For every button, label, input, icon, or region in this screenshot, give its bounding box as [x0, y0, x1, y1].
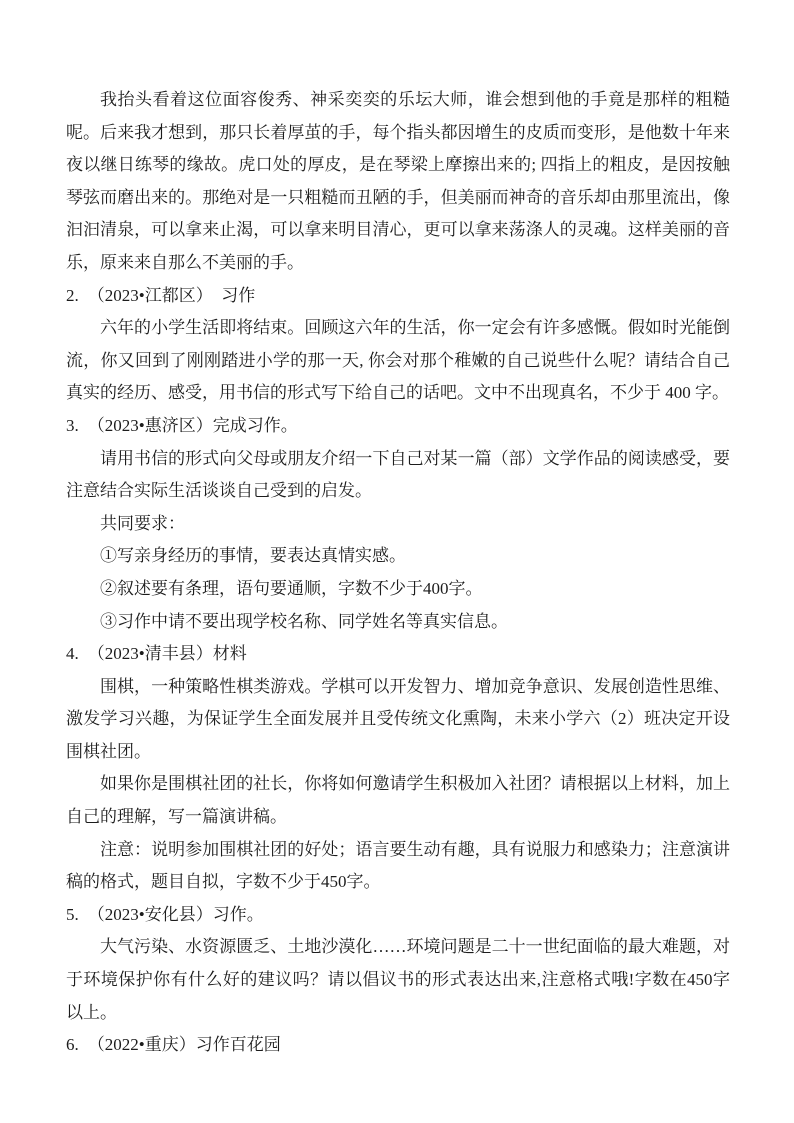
- question-4-note: 注意：说明参加围棋社团的好处；语言要生动有趣，具有说服力和感染力；注意演讲稿的格…: [66, 834, 730, 899]
- question-3-number: 3.: [66, 410, 79, 443]
- question-4-task: 如果你是围棋社团的社长，你将如何邀请学生积极加入社团？请根据以上材料，加上自己的…: [66, 768, 730, 833]
- question-6-heading: 6.（2022•重庆）习作百花园: [66, 1029, 730, 1062]
- question-4-material: 围棋，一种策略性棋类游戏。学棋可以开发智力、增加竞争意识、发展创造性思维、激发学…: [66, 671, 730, 769]
- requirement-1: ①写亲身经历的事情，要表达真情实感。: [66, 540, 730, 573]
- question-2-heading: 2.（2023•江都区） 习作: [66, 280, 730, 313]
- intro-paragraph: 我抬头看着这位面容俊秀、神采奕奕的乐坛大师，谁会想到他的手竟是那样的粗糙呢。后来…: [66, 84, 730, 280]
- question-4-number: 4.: [66, 638, 79, 671]
- question-4-heading: 4.（2023•清丰县）材料: [66, 638, 730, 671]
- question-5-heading: 5.（2023•安化县）习作。: [66, 899, 730, 932]
- question-5-body: 大气污染、水资源匮乏、土地沙漠化……环境问题是二十一世纪面临的最大难题，对于环境…: [66, 931, 730, 1029]
- question-4-title: （2023•清丰县）材料: [88, 644, 247, 663]
- question-6-number: 6.: [66, 1029, 79, 1062]
- question-3-title: （2023•惠济区）完成习作。: [88, 416, 298, 435]
- common-requirements-label: 共同要求：: [66, 508, 730, 541]
- question-3-body: 请用书信的形式向父母或朋友介绍一下自己对某一篇（部）文学作品的阅读感受，要注意结…: [66, 443, 730, 508]
- document-page: 我抬头看着这位面容俊秀、神采奕奕的乐坛大师，谁会想到他的手竟是那样的粗糙呢。后来…: [0, 0, 794, 1123]
- question-5-number: 5.: [66, 899, 79, 932]
- question-2-title: （2023•江都区） 习作: [88, 286, 255, 305]
- question-2-number: 2.: [66, 280, 79, 313]
- requirement-2: ②叙述要有条理，语句要通顺，字数不少于400字。: [66, 573, 730, 606]
- question-5-title: （2023•安化县）习作。: [88, 905, 264, 924]
- requirement-3: ③习作中请不要出现学校名称、同学姓名等真实信息。: [66, 606, 730, 639]
- question-6-title: （2022•重庆）习作百花园: [88, 1035, 281, 1054]
- question-2-body: 六年的小学生活即将结束。回顾这六年的生活，你一定会有许多感慨。假如时光能倒流，你…: [66, 312, 730, 410]
- question-3-heading: 3.（2023•惠济区）完成习作。: [66, 410, 730, 443]
